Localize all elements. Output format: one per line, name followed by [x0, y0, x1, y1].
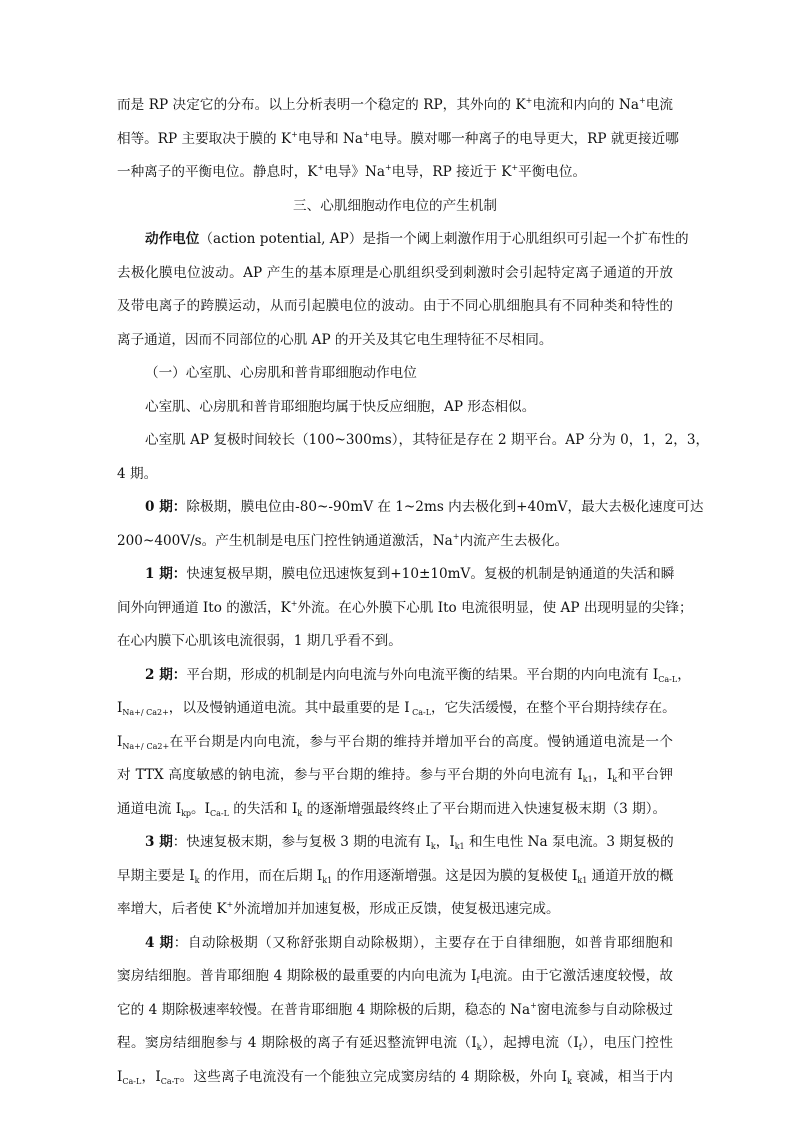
- text-run: 电导。膜对哪一种离子的电导更大，RP 就更接近哪: [370, 131, 679, 147]
- text-run: 的失活和 I: [229, 801, 297, 817]
- text-run: 相等。RP 主要取决于膜的 K: [117, 131, 291, 147]
- text-run: 早期主要是 I: [117, 868, 195, 884]
- text-run: ，以及慢钠通道电流。其中最重要的是 I: [169, 700, 410, 716]
- text-line: INa+/ Ca2+，以及慢钠通道电流。其中最重要的是 I Ca-L，它失活缓慢…: [117, 697, 673, 719]
- text-run: ，它失活缓慢，在整个平台期持续存在。: [431, 700, 676, 716]
- bold-term: 2 期：: [145, 667, 186, 683]
- text-run: 一种离子的平衡电位。静息时，K: [117, 164, 317, 180]
- text-run: （一）心室肌、心房肌和普肯耶细胞动作电位: [145, 365, 417, 381]
- text-run: （action potential, AP）是指一个阈上刺激作用于心肌组织可引起…: [199, 231, 688, 247]
- text-run: 4 期。: [117, 466, 157, 482]
- text-run: ），电压门控性: [582, 1035, 673, 1051]
- text-run: 平衡电位。: [518, 164, 586, 180]
- text-run: 在心内膜下心肌该电流很弱，1 期几乎看不到。: [117, 633, 402, 649]
- subscript: k1: [455, 842, 465, 851]
- subscript: k1: [577, 876, 587, 885]
- text-run: ，I: [436, 834, 455, 850]
- text-line: 程。窦房结细胞参与 4 期除极的离子有延迟整流钾电流（Ik），起搏电流（If），…: [117, 1032, 673, 1054]
- text-line: ICa-L，ICa-T。这些离子电流没有一个能独立完成窦房结的 4 期除极，外向…: [117, 1066, 673, 1088]
- bold-term: 4 期: [145, 935, 174, 951]
- bold-term: 1 期：: [145, 566, 186, 582]
- text-run: 快速复极早期，膜电位迅速恢复到+10±10mV。复极的机制是钠通道的失活和瞬: [186, 566, 674, 582]
- text-run: 衰减，相当于内: [572, 1069, 673, 1085]
- text-line: 0 期：除极期，膜电位由-80~-90mV 在 1~2ms 内去极化到+40mV…: [145, 496, 673, 518]
- text-run: 窗电流参与自动除极过: [537, 1002, 673, 1018]
- text-run: 率增大，后者使 K: [117, 901, 227, 917]
- subsection-heading: （一）心室肌、心房肌和普肯耶细胞动作电位: [145, 362, 673, 384]
- bold-term: 动作电位: [145, 231, 199, 247]
- subscript: Na+/ Ca2+: [122, 708, 168, 717]
- text-line: 4 期。: [117, 463, 673, 485]
- text-run: 电流: [646, 97, 673, 113]
- superscript: +: [291, 130, 298, 139]
- text-line: 早期主要是 Ik 的作用，而在后期 Ik1 的作用逐渐增强。这是因为膜的复极使 …: [117, 865, 673, 887]
- text-run: ，I: [593, 767, 613, 783]
- text-run: 它的 4 期除极速率较慢。在普肯耶细胞 4 期除极的后期，稳态的 Na: [117, 1002, 530, 1018]
- text-run: 心室肌、心房肌和普肯耶细胞均属于快反应细胞，AP 形态相似。: [145, 399, 535, 415]
- subscript: Ca-L: [122, 1077, 141, 1086]
- subscript: k1: [583, 775, 593, 784]
- text-run: 。I: [191, 801, 210, 817]
- text-line: 相等。RP 主要取决于膜的 K+电导和 Na+电导。膜对哪一种离子的电导更大，R…: [117, 128, 673, 150]
- text-run: 电导和 Na: [298, 131, 363, 147]
- text-run: 。这些离子电流没有一个能独立完成窦房结的 4 期除极，外向 I: [179, 1069, 567, 1085]
- text-run: 窦房结细胞。普肯耶细胞 4 期除极的最重要的内向电流为 I: [117, 968, 476, 984]
- text-run: 而是 RP 决定它的分布。以上分析表明一个稳定的 RP，其外向的 K: [117, 97, 526, 113]
- text-line: 心室肌 AP 复极时间较长（100~300ms），其特征是存在 2 期平台。AP…: [145, 429, 673, 451]
- text-run: 电导》Na: [324, 164, 385, 180]
- text-line: 通道电流 Ikp。ICa-L 的失活和 Ik 的逐渐增强最终终止了平台期而进入快…: [117, 798, 673, 820]
- text-line: 去极化膜电位波动。AP 产生的基本原理是心肌组织受到刺激时会引起特定离子通道的开…: [117, 262, 673, 284]
- text-run: 的作用逐渐增强。这是因为膜的复极使 I: [332, 868, 577, 884]
- text-run: 去极化膜电位波动。AP 产生的基本原理是心肌组织受到刺激时会引起特定离子通道的开…: [117, 265, 673, 281]
- superscript: +: [363, 130, 370, 139]
- text-run: 电流和内向的 Na: [532, 97, 639, 113]
- text-run: 200~400V/s。产生机制是电压门控性钠通道激活，Na: [117, 533, 453, 549]
- text-run: 离子通道，因而不同部位的心肌 AP 的开关及其它电生理特征不尽相同。: [117, 332, 552, 348]
- document-page: 而是 RP 决定它的分布。以上分析表明一个稳定的 RP，其外向的 K+电流和内向…: [0, 0, 793, 1122]
- text-run: 及带电离子的跨膜运动，从而引起膜电位的波动。由于不同心肌细胞具有不同种类和特性的: [117, 298, 673, 314]
- text-line: 它的 4 期除极速率较慢。在普肯耶细胞 4 期除极的后期，稳态的 Na+窗电流参…: [117, 999, 673, 1021]
- text-line: 率增大，后者使 K+外流增加并加速复极，形成正反馈，使复极迅速完成。: [117, 898, 673, 920]
- text-line: 4 期：自动除极期（又称舒张期自动除极期），主要存在于自律细胞，如普肯耶细胞和: [145, 932, 673, 954]
- subscript: Ca-L: [410, 708, 431, 717]
- text-run: 电流。由于它激活速度较慢，故: [479, 968, 673, 984]
- subscript: Ca-T: [161, 1077, 180, 1086]
- superscript: +: [530, 1001, 537, 1010]
- text-line: 3 期：快速复极末期，参与复极 3 期的电流有 Ik，Ik1 和生电性 Na 泵…: [145, 831, 673, 853]
- text-run: ：快速复极末期，参与复极 3 期的电流有 I: [173, 834, 431, 850]
- text-run: 外流增加并加速复极，形成正反馈，使复极迅速完成。: [233, 901, 559, 917]
- text-run: 通道开放的概: [587, 868, 673, 884]
- text-line: 动作电位（action potential, AP）是指一个阈上刺激作用于心肌组…: [145, 228, 673, 250]
- section-heading: 三、心肌细胞动作电位的产生机制: [117, 195, 673, 217]
- text-run: 在平台期是内向电流，参与平台期的维持并增加平台的高度。慢钠通道电流是一个: [169, 734, 673, 750]
- subscript: Ca-L: [210, 809, 229, 818]
- text-line: 而是 RP 决定它的分布。以上分析表明一个稳定的 RP，其外向的 K+电流和内向…: [117, 94, 673, 116]
- superscript: +: [639, 96, 646, 105]
- text-line: 2 期：平台期，形成的机制是内向电流与外向电流平衡的结果。平台期的内向电流有 I…: [145, 664, 673, 686]
- text-line: 心室肌、心房肌和普肯耶细胞均属于快反应细胞，AP 形态相似。: [145, 396, 673, 418]
- text-run: 内流产生去极化。: [459, 533, 568, 549]
- text-run: 对 TTX 高度敏感的钠电流，参与平台期的维持。参与平台期的外向电流有 I: [117, 767, 583, 783]
- text-run: 外流。在心外膜下心肌 Ito 电流很明显，使 AP 出现明显的尖锋；: [297, 600, 692, 616]
- text-run: 和平台钾: [617, 767, 673, 783]
- text-line: 一种离子的平衡电位。静息时，K+电导》Na+电导，RP 接近于 K+平衡电位。: [117, 161, 673, 183]
- text-line: 在心内膜下心肌该电流很弱，1 期几乎看不到。: [117, 630, 673, 652]
- text-run: 电导，RP 接近于 K: [392, 164, 512, 180]
- text-run: ，I: [141, 1069, 160, 1085]
- text-line: 窦房结细胞。普肯耶细胞 4 期除极的最重要的内向电流为 If电流。由于它激活速度…: [117, 965, 673, 987]
- text-line: INa+/ Ca2+在平台期是内向电流，参与平台期的维持并增加平台的高度。慢钠通…: [117, 731, 673, 753]
- text-run: 通道电流 I: [117, 801, 181, 817]
- text-run: 程。窦房结细胞参与 4 期除极的离子有延迟整流钾电流（I: [117, 1035, 477, 1051]
- bold-term: 3 期: [145, 834, 173, 850]
- text-run: 心室肌 AP 复极时间较长（100~300ms），其特征是存在 2 期平台。AP…: [145, 432, 709, 448]
- text-run: 间外向钾通道 Ito 的激活，K: [117, 600, 291, 616]
- subscript: k1: [322, 876, 332, 885]
- text-run: ），起搏电流（I: [482, 1035, 579, 1051]
- text-run: 的作用，而在后期 I: [200, 868, 323, 884]
- text-run: 的逐渐增强最终终止了平台期而进入快速复极末期（3 期）。: [302, 801, 666, 817]
- bold-term: 0 期：: [145, 499, 186, 515]
- text-line: 200~400V/s。产生机制是电压门控性钠通道激活，Na+内流产生去极化。: [117, 530, 673, 552]
- subscript: Ca-L: [658, 675, 677, 684]
- superscript: +: [385, 163, 392, 172]
- text-line: 及带电离子的跨膜运动，从而引起膜电位的波动。由于不同心肌细胞具有不同种类和特性的: [117, 295, 673, 317]
- text-line: 对 TTX 高度敏感的钠电流，参与平台期的维持。参与平台期的外向电流有 Ik1，…: [117, 764, 673, 786]
- subscript: Na+/ Ca2+: [122, 742, 169, 751]
- text-run: ：自动除极期（又称舒张期自动除极期），主要存在于自律细胞，如普肯耶细胞和: [174, 935, 673, 951]
- text-line: 离子通道，因而不同部位的心肌 AP 的开关及其它电生理特征不尽相同。: [117, 329, 673, 351]
- text-line: 1 期：快速复极早期，膜电位迅速恢复到+10±10mV。复极的机制是钠通道的失活…: [145, 563, 673, 585]
- text-run: ，: [677, 667, 691, 683]
- text-run: 三、心肌细胞动作电位的产生机制: [293, 198, 497, 214]
- text-line: 间外向钾通道 Ito 的激活，K+外流。在心外膜下心肌 Ito 电流很明显，使 …: [117, 597, 673, 619]
- text-run: 除极期，膜电位由-80~-90mV 在 1~2ms 内去极化到+40mV，最大去…: [186, 499, 703, 515]
- text-run: 和生电性 Na 泵电流。3 期复极的: [465, 834, 674, 850]
- subscript: kp: [181, 809, 191, 818]
- text-run: 平台期，形成的机制是内向电流与外向电流平衡的结果。平台期的内向电流有 I: [186, 667, 658, 683]
